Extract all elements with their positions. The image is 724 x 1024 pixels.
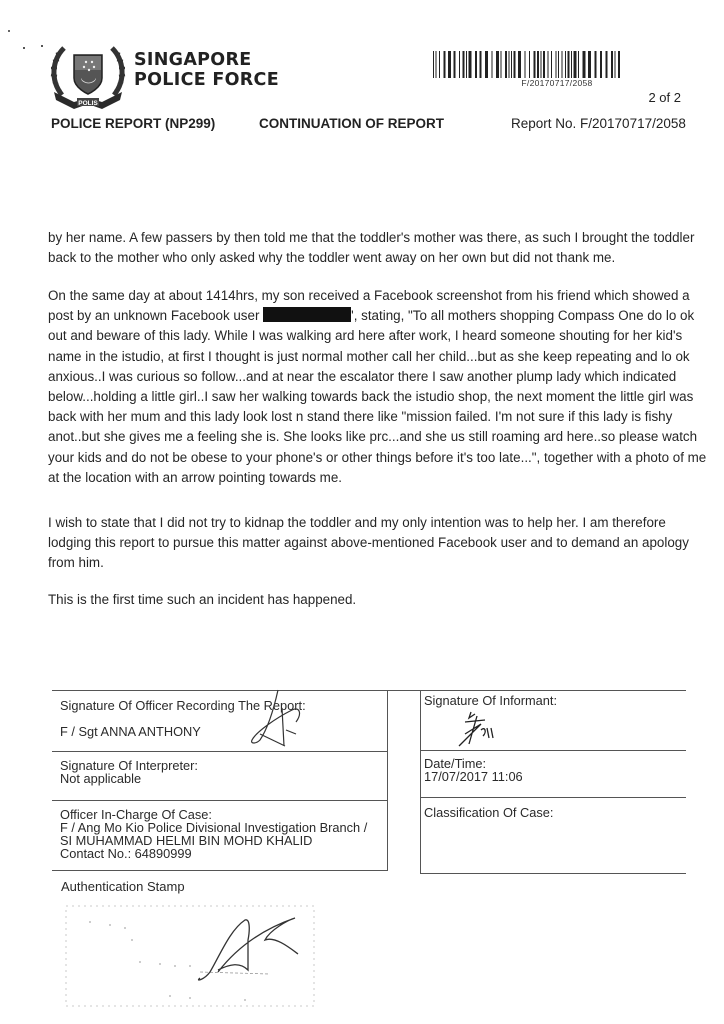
- table-border: [420, 873, 686, 874]
- organization-name: SINGAPORE POLICE FORCE: [134, 50, 279, 90]
- form-title: POLICE REPORT (NP299): [51, 116, 215, 131]
- handwritten-signature-icon: [230, 688, 320, 750]
- paragraph-4: This is the first time such an incident …: [48, 590, 708, 610]
- table-border: [52, 690, 686, 691]
- table-border: [52, 870, 387, 871]
- redaction-bar: [263, 307, 351, 322]
- scan-speck: [41, 45, 43, 47]
- authentication-stamp-label: Authentication Stamp: [61, 879, 185, 894]
- classification-label: Classification Of Case:: [424, 806, 553, 819]
- paragraph-1: by her name. A few passers by then told …: [48, 228, 708, 268]
- paragraph-3: I wish to state that I did not try to ki…: [48, 513, 708, 574]
- table-border: [420, 797, 686, 798]
- barcode-number: F/20170717/2058: [432, 78, 682, 88]
- report-paragraph: This is the first time such an incident …: [48, 590, 708, 610]
- paragraph-2: On the same day at about 1414hrs, my son…: [48, 286, 708, 488]
- police-crest-icon: POLIS: [48, 40, 128, 110]
- interpreter-value: Not applicable: [60, 772, 141, 785]
- table-border: [387, 690, 388, 871]
- barcode-icon: [433, 51, 679, 78]
- report-paragraph: On the same day at about 1414hrs, my son…: [48, 286, 708, 488]
- officer-recording-name: F / Sgt ANNA ANTHONY: [60, 725, 201, 738]
- org-name-line1: SINGAPORE: [134, 50, 279, 70]
- report-paragraph: I wish to state that I did not try to ki…: [48, 513, 708, 574]
- authentication-stamp-icon: [60, 900, 320, 1010]
- paragraph-2-end: ', stating, "To all mothers shopping Com…: [48, 308, 706, 485]
- scan-speck: [23, 47, 25, 49]
- handwritten-signature-icon: [455, 710, 500, 748]
- table-border: [52, 800, 387, 801]
- informant-signature-label: Signature Of Informant:: [424, 694, 557, 707]
- svg-text:POLIS: POLIS: [78, 100, 98, 107]
- table-border: [420, 690, 421, 874]
- page-indicator: 2 of 2: [648, 90, 681, 105]
- report-number: Report No. F/20170717/2058: [511, 116, 686, 131]
- scan-speck: [8, 30, 10, 32]
- table-border: [420, 750, 686, 751]
- table-border: [52, 751, 387, 752]
- officer-in-charge-contact: Contact No.: 64890999: [60, 847, 192, 860]
- org-name-line2: POLICE FORCE: [134, 70, 279, 90]
- datetime-value: 17/07/2017 11:06: [424, 770, 523, 783]
- section-title: CONTINUATION OF REPORT: [259, 116, 444, 131]
- report-paragraph: by her name. A few passers by then told …: [48, 228, 708, 268]
